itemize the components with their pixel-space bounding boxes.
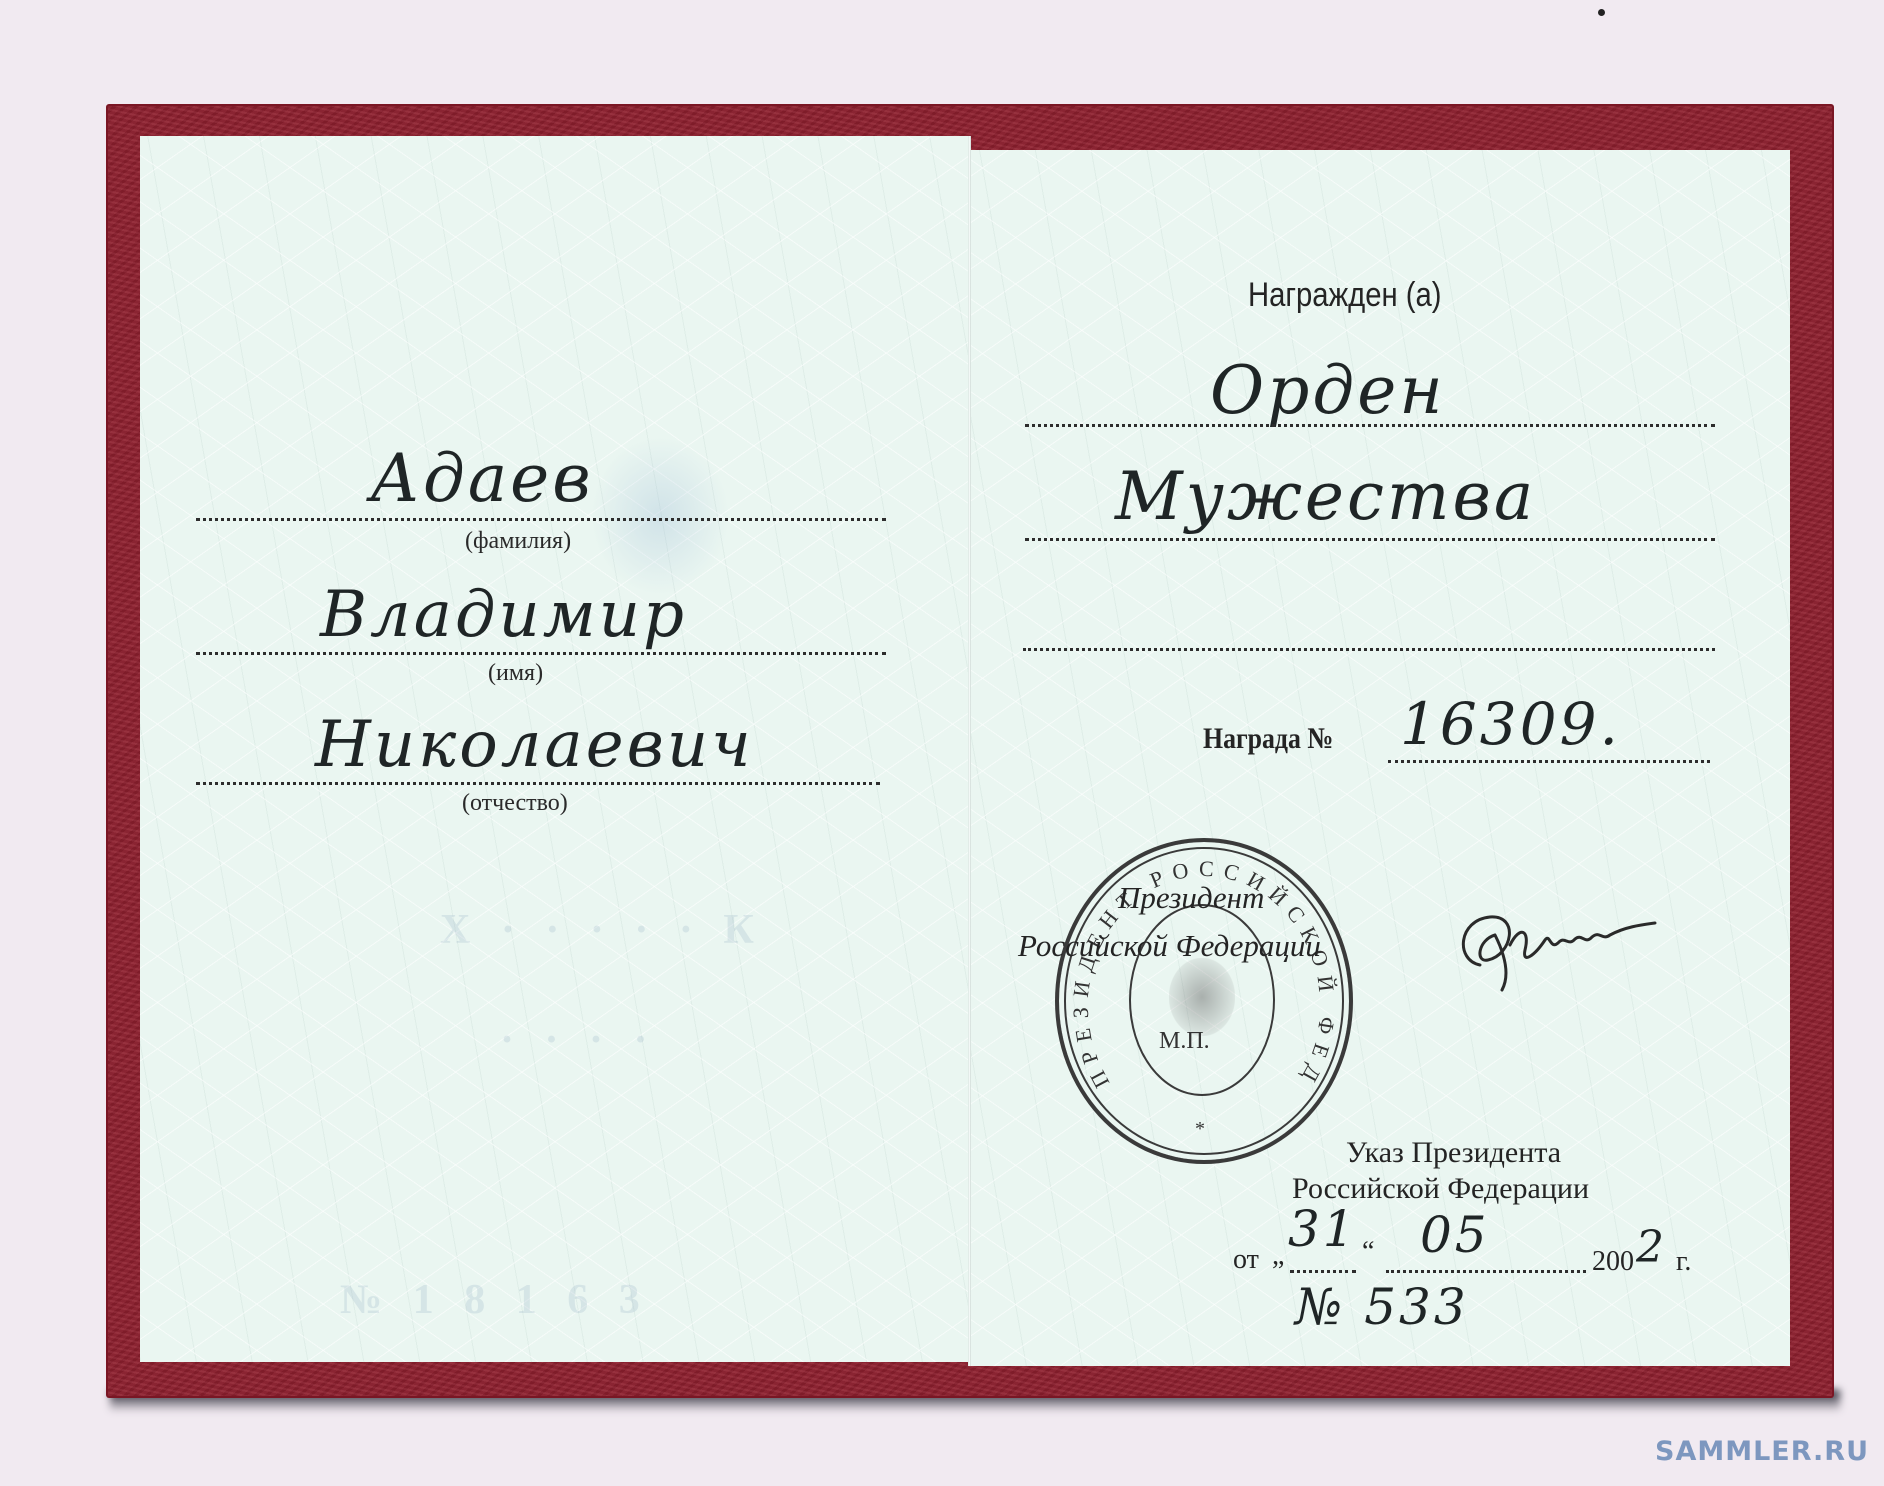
president-signature-icon (1450, 905, 1690, 995)
decree-line1: Указ Президента (1346, 1136, 1561, 1170)
first-name-value: Владимир (320, 578, 687, 652)
award-line-1-value: Орден (1210, 352, 1446, 429)
decree-year-prefix: 200 (1592, 1246, 1634, 1278)
decree-month-value: 05 (1420, 1206, 1490, 1264)
faint-emblem-icon (590, 436, 730, 596)
award-number-value: 16309. (1400, 690, 1621, 758)
first-name-line (196, 652, 886, 655)
site-watermark: SAMMLER.RU (1655, 1436, 1869, 1467)
award-number-line (1388, 760, 1710, 763)
signatory-title-line2: Российской Федерации (1018, 928, 1321, 964)
decree-year-unit: г. (1676, 1246, 1691, 1278)
surname-line (196, 518, 886, 521)
decree-day-value: 31 (1288, 1200, 1358, 1258)
show-through-text: · · · · (500, 1016, 658, 1064)
show-through-text: № 1 8 1 6 3 (340, 1276, 650, 1324)
first-name-caption: (имя) (488, 660, 543, 687)
show-through-text: Х · · · · · К (440, 906, 764, 954)
award-line-1 (1025, 424, 1715, 427)
double-headed-eagle-icon (1169, 958, 1235, 1036)
book-spine-thread (968, 136, 971, 1366)
patronymic-caption: (отчество) (462, 790, 568, 817)
surname-caption: (фамилия) (465, 528, 571, 555)
surname-value: Адаев (370, 440, 594, 517)
decree-day-line (1290, 1270, 1356, 1273)
seal-mp-label: М.П. (1159, 1028, 1210, 1055)
award-number-label: Награда № (1203, 722, 1333, 756)
award-line-2-value: Мужества (1115, 458, 1536, 535)
patronymic-line (196, 782, 880, 785)
decree-month-line (1386, 1270, 1586, 1273)
awarded-heading: Награжден (а) (1248, 276, 1441, 315)
close-quote: “ (1362, 1236, 1374, 1268)
decree-year-value: 2 (1636, 1222, 1667, 1273)
award-line-2 (1025, 538, 1715, 541)
open-quote: „ (1272, 1240, 1284, 1272)
decree-number-value: № 533 (1295, 1278, 1469, 1336)
decree-date-prefix: от (1233, 1244, 1259, 1276)
patronymic-value: Николаевич (315, 708, 754, 782)
dust-speck (1598, 9, 1605, 16)
seal-star-icon: * (1195, 1118, 1205, 1141)
signatory-title-line1: Президент (1118, 880, 1264, 916)
award-line-3 (1023, 648, 1715, 651)
